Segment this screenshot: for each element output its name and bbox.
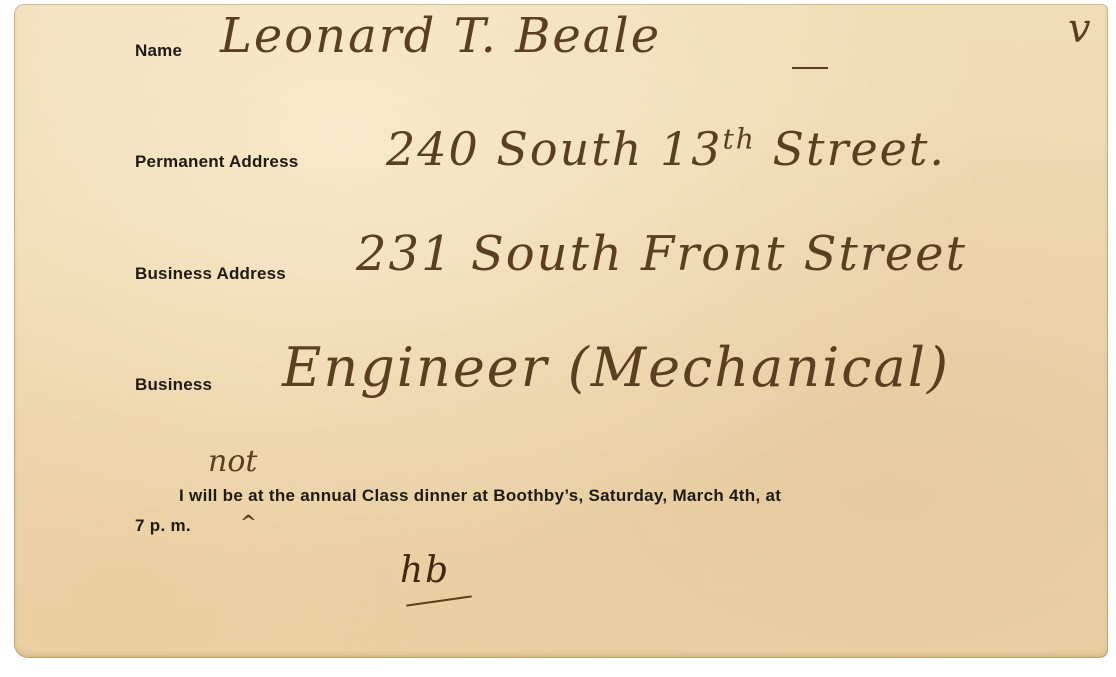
permanent-address-street-suffix: Street.: [756, 122, 946, 176]
initials-underline: [406, 595, 472, 606]
corner-check-mark: v: [1068, 6, 1093, 52]
not-insertion: not: [208, 444, 257, 479]
business-label: Business: [135, 375, 212, 395]
business-value: Engineer (Mechanical): [282, 336, 950, 399]
permanent-address-label: Permanent Address: [135, 152, 298, 172]
reply-card: v Name Leonard T. Beale Permanent Addres…: [14, 4, 1108, 658]
permanent-address-value: 240 South 13th Street.: [386, 122, 946, 176]
name-label: Name: [135, 41, 182, 61]
business-address-label: Business Address: [135, 264, 286, 284]
initials-signature: hb: [400, 550, 450, 591]
rsvp-statement-line2: 7 p. m.: [135, 516, 191, 536]
insertion-caret: ^: [240, 510, 259, 534]
business-address-value: 231 South Front Street: [356, 226, 967, 282]
name-value: Leonard T. Beale: [220, 8, 661, 64]
rsvp-statement-line1: I will be at the annual Class dinner at …: [179, 486, 781, 506]
ordinal-suffix: th: [723, 123, 756, 156]
name-trailing-dash: [792, 67, 828, 69]
permanent-address-street-number: 240 South 13: [386, 122, 723, 176]
